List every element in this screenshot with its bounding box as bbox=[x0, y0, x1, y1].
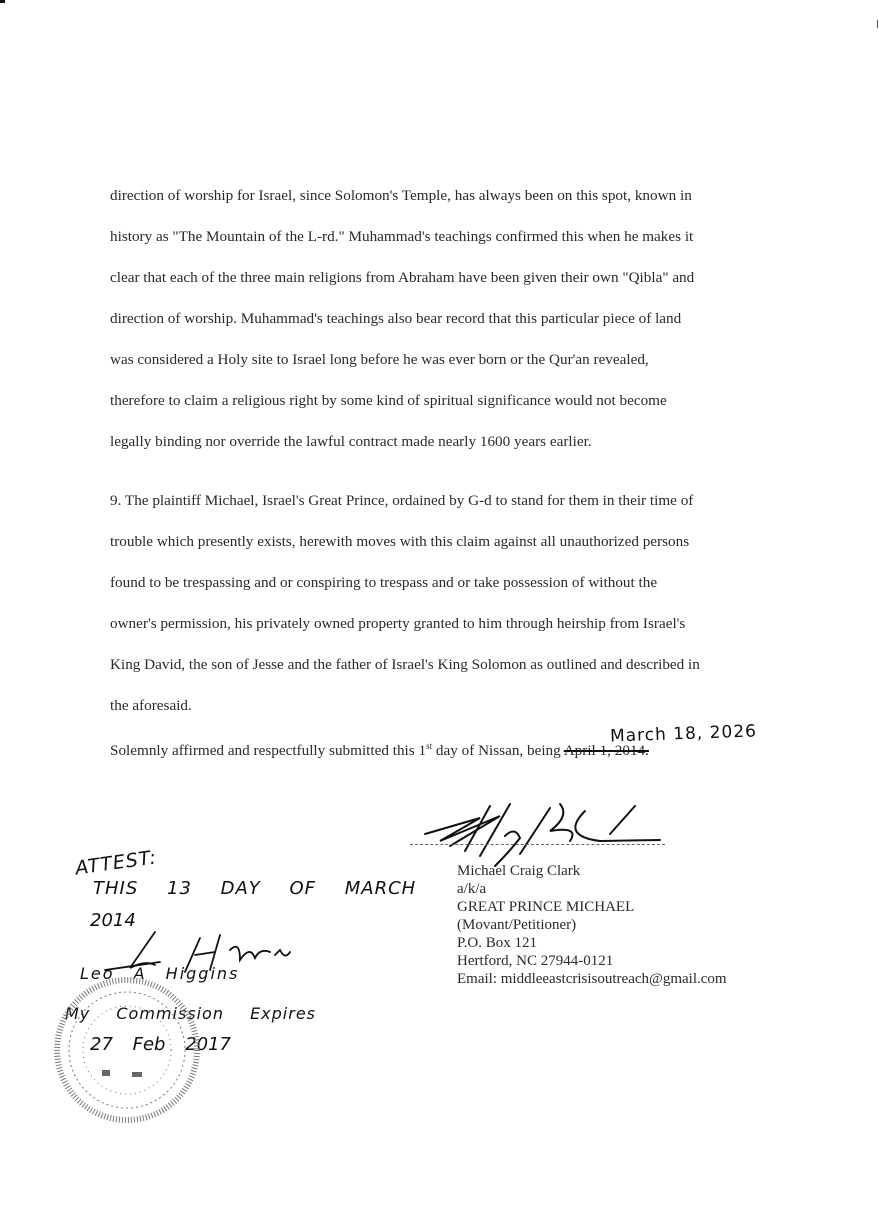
paragraph-9: 9. The plaintiff Michael, Israel's Great… bbox=[110, 480, 780, 726]
text-line: legally binding nor override the lawful … bbox=[110, 421, 780, 462]
text-line: was considered a Holy site to Israel lon… bbox=[110, 339, 780, 380]
text-line: clear that each of the three main religi… bbox=[110, 257, 780, 298]
text-line: therefore to claim a religious right by … bbox=[110, 380, 780, 421]
text-line: owner's permission, his privately owned … bbox=[110, 603, 780, 644]
signatory-aka: a/k/a bbox=[457, 880, 727, 898]
signatory-city: Hertford, NC 27944-0121 bbox=[457, 952, 727, 970]
notary-day-line: THIS 13 DAY OF MARCH bbox=[93, 878, 416, 899]
signatory-name: Michael Craig Clark bbox=[457, 862, 727, 880]
paragraph-continued: direction of worship for Israel, since S… bbox=[110, 175, 780, 462]
signatory-po-box: P.O. Box 121 bbox=[457, 934, 727, 952]
signatory-role: (Movant/Petitioner) bbox=[457, 916, 727, 934]
notary-attest: ATTEST: bbox=[74, 846, 158, 879]
affirmation-suffix: day of Nissan, being bbox=[432, 742, 561, 759]
scan-corner-mark bbox=[0, 0, 5, 3]
text-line: trouble which presently exists, herewith… bbox=[110, 521, 780, 562]
affirmation-line: Solemnly affirmed and respectfully submi… bbox=[110, 742, 649, 760]
signatory-title: GREAT PRINCE MICHAEL bbox=[457, 898, 727, 916]
text-line: found to be trespassing and or conspirin… bbox=[110, 562, 780, 603]
text-line: history as "The Mountain of the L-rd." M… bbox=[110, 216, 780, 257]
notary-seal bbox=[52, 975, 202, 1125]
affirmation-prefix: Solemnly affirmed and respectfully submi… bbox=[110, 742, 426, 759]
text-line: the aforesaid. bbox=[110, 685, 780, 726]
text-line: direction of worship. Muhammad's teachin… bbox=[110, 298, 780, 339]
signatory-email: Email: middleeastcrisisoutreach@gmail.co… bbox=[457, 970, 727, 988]
scan-edge-mark bbox=[877, 20, 878, 28]
handwritten-date: March 18, 2026 bbox=[610, 721, 758, 746]
notary-year: 2014 bbox=[90, 910, 136, 931]
text-line: 9. The plaintiff Michael, Israel's Great… bbox=[110, 480, 780, 521]
signature-line bbox=[410, 844, 665, 845]
text-line: King David, the son of Jesse and the fat… bbox=[110, 644, 780, 685]
notary-signature bbox=[100, 930, 320, 980]
signatory-block: Michael Craig Clark a/k/a GREAT PRINCE M… bbox=[457, 862, 727, 988]
text-line: direction of worship for Israel, since S… bbox=[110, 175, 780, 216]
